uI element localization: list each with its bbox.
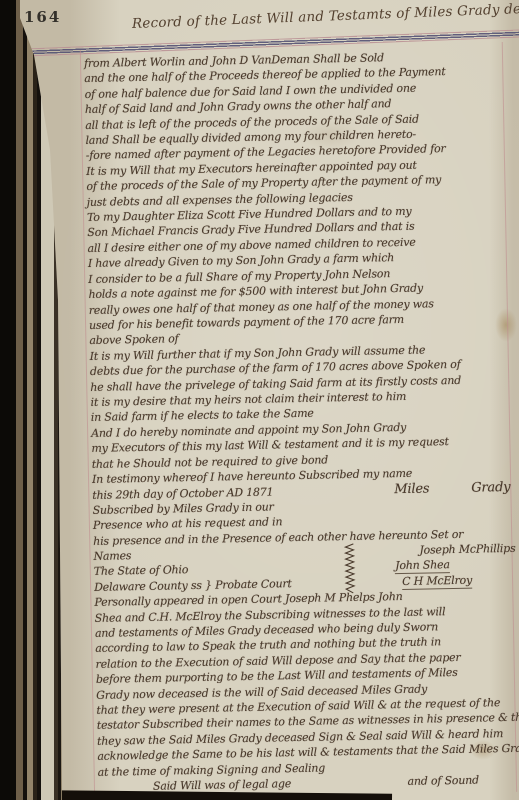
manuscript-photo: 164 Record of the Last Will and Testamts…: [0, 0, 519, 800]
line-text: above Spoken of: [89, 333, 178, 348]
line-text: Names: [93, 549, 131, 563]
line-text: The State of Ohio: [94, 564, 189, 579]
manuscript-page: 164 Record of the Last Will and Testamts…: [0, 0, 519, 800]
signature-text: Miles Grady: [394, 480, 510, 497]
witness-signature: Joseph McPhillips: [419, 542, 515, 557]
line-text: Subscribed by Miles Grady in our: [93, 500, 274, 516]
page-content: from Albert Worlin and John D VanDeman S…: [0, 0, 519, 800]
witness-signature: C H McElroy: [402, 573, 472, 589]
manuscript-body: from Albert Worlin and John D VanDeman S…: [84, 49, 519, 797]
witness-brace-squiggle: [342, 543, 357, 595]
line-text: Delaware County ss } Probate Court: [94, 577, 292, 594]
line-text: Presence who at his request and in: [93, 515, 283, 532]
witness-signature: and of Sound: [407, 774, 479, 788]
witness-signature: John Shea: [395, 558, 450, 574]
